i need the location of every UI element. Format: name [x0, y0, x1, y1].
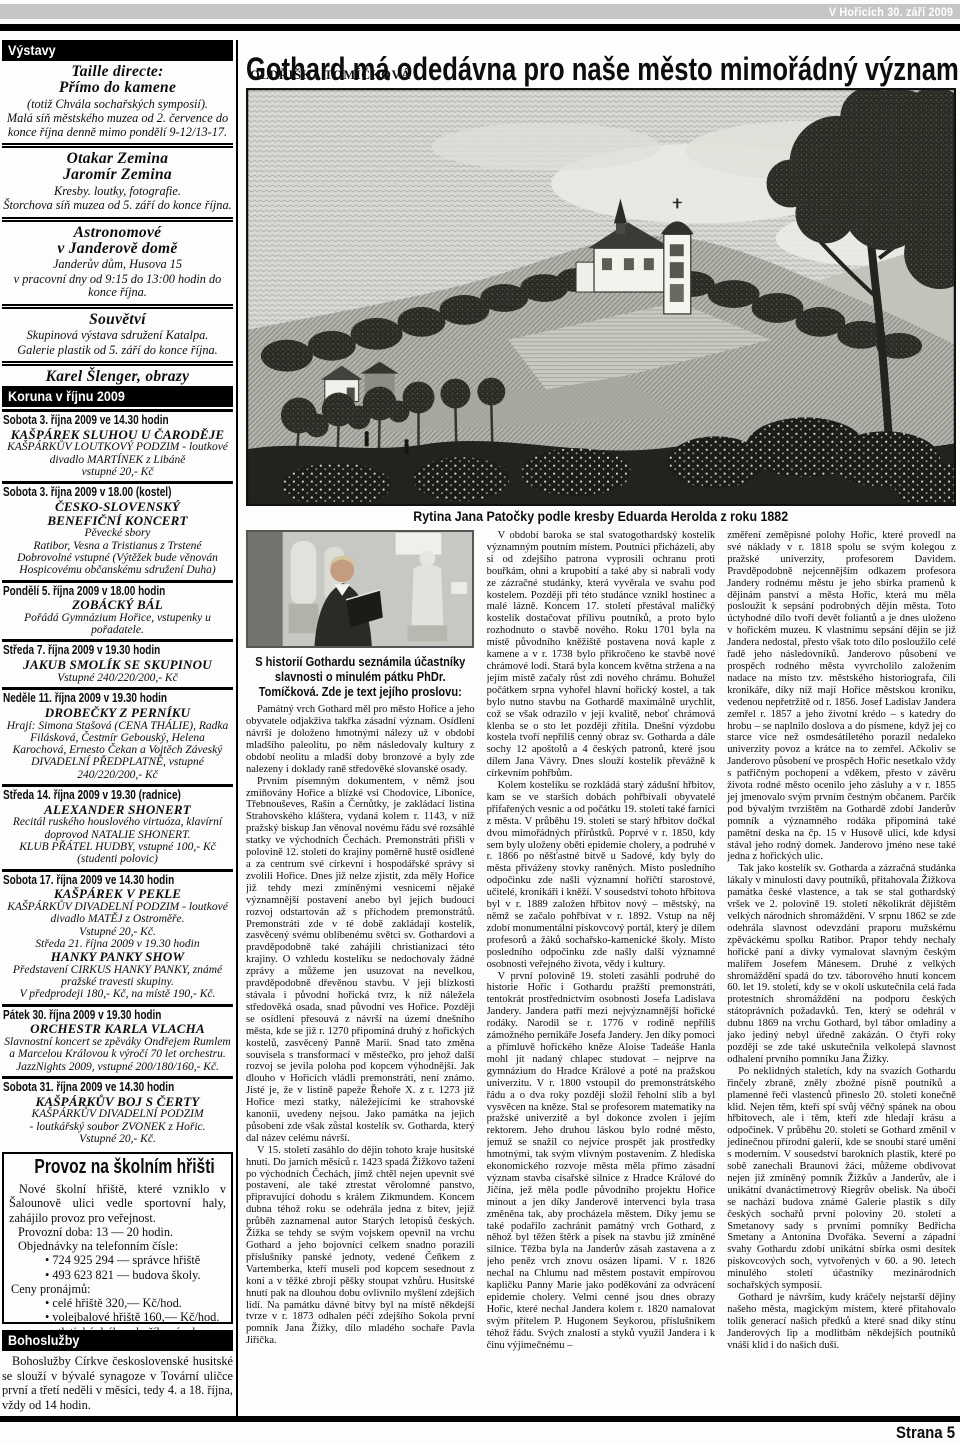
event-detail: Vstupné 20,- Kč.: [2, 926, 233, 938]
body-paragraph: Prvním písemným dokumentem, v němž jsou …: [246, 776, 475, 1145]
event-date: Sobota 17. října 2009 ve 14.30 hodin: [2, 874, 233, 888]
bottom-rule: [0, 1416, 960, 1422]
event-title: BENEFIČNÍ KONCERT: [2, 514, 233, 528]
page-number: Strana 5: [888, 1423, 955, 1443]
top-rule: [0, 24, 960, 31]
event-detail: Recitál ruského houslového virtuóza, kla…: [2, 816, 233, 841]
event-detail: Hrají: Simona Stašová (CENA THÁLIE), Rad…: [2, 720, 233, 757]
speaker-photo: [246, 530, 474, 648]
playground-notice-line: Ceny pronájmů:: [9, 1282, 226, 1296]
event-date: Pondělí 5. října 2009 v 18.00 hodin: [2, 585, 233, 599]
event-detail: KAŠPÁRKŮV DIVADELNÍ PODZIM: [2, 1108, 233, 1120]
playground-notice-line: Provozní doba: 13 — 20 hodin.: [9, 1225, 226, 1239]
event-detail: DIVADELNÍ PŘEDPLATNÉ, vstupné 240/220/20…: [2, 756, 233, 781]
koruna-event: Pondělí 5. října 2009 v 18.00 hodinZOBÁC…: [2, 580, 233, 640]
exhibition-title: Souvětví: [3, 312, 232, 328]
event-detail: Slavnostní koncert se zpěváky Ondřejem R…: [2, 1036, 233, 1061]
koruna-event: Sobota 3. října 2009 v 18.00 (kostel)ČES…: [2, 481, 233, 579]
services-header: Bohoslužby: [2, 1330, 233, 1351]
event-title: KAŠPÁRKŮV BOJ S ČERTY: [2, 1095, 233, 1109]
hill-church-engraving: [247, 89, 955, 505]
article-column-1: S historií Gothardu seznámila účastníky …: [246, 530, 475, 1414]
koruna-events-list: Sobota 3. října 2009 ve 14.30 hodinKAŠPÁ…: [2, 409, 233, 1148]
exhibition-title: Karel Šlenger, obrazy: [3, 369, 232, 385]
exhibition-detail: Malá síň městského muzea od 2. července …: [3, 112, 232, 139]
event-title: KAŠPÁREK V PEKLE: [2, 887, 233, 901]
event-title: KAŠPÁREK SLUHOU U ČARODĚJE: [2, 428, 233, 442]
event-date: Pátek 30. října 2009 v 19.30 hodin: [2, 1009, 233, 1023]
event-date: Sobota 31. října 2009 ve 14.30 hodin: [2, 1081, 233, 1095]
event-title: ALEXANDER SHONERT: [2, 803, 233, 817]
exhibition-item: Taille directe: Přímo do kamene(totiž Ch…: [2, 61, 233, 143]
event-detail: - loutkářský soubor ZVONEK z Hořic.: [2, 1121, 233, 1133]
article-columns: S historií Gothardu seznámila účastníky …: [246, 530, 956, 1414]
event-date: Středa 14. října 2009 v 19.30 (radnice): [2, 789, 233, 803]
column-divider: [236, 40, 238, 1416]
event-title: HANKY PANKY SHOW: [2, 950, 233, 964]
koruna-event: Středa 7. října 2009 v 19.30 hodinJAKUB …: [2, 639, 233, 687]
services-text: Bohoslužby Církve československé husitsk…: [2, 1354, 233, 1412]
event-title: ČESKO-SLOVENSKÝ: [2, 500, 233, 514]
exhibition-title: Taille directe: Přímo do kamene: [3, 64, 232, 97]
exhibitions-header: Výstavy: [2, 40, 233, 61]
exhibition-detail: Kresby. loutky, fotografie.: [3, 185, 232, 199]
article-column-3: změření zeměpisné polohy Hořic, které pr…: [727, 530, 956, 1414]
playground-notice-line: celé hřiště 320,— Kč/hod.: [9, 1296, 226, 1310]
newspaper-page: { "page": { "edition": "V Hořicích 30. z…: [0, 0, 960, 1445]
edition-bar: V Hořicích 30. září 2009: [0, 4, 960, 19]
event-date: Sobota 3. října 2009 v 18.00 (kostel): [2, 486, 233, 500]
exhibition-item: Karel Šlenger, obrazyMěstská galerie Tru…: [2, 361, 233, 386]
event-detail: KAŠPÁRKŮV LOUTKOVÝ PODZIM - loutkové div…: [2, 441, 233, 466]
photo-caption: S historií Gothardu seznámila účastníky …: [246, 654, 474, 699]
event-date: Sobota 3. října 2009 ve 14.30 hodin: [2, 414, 233, 428]
column-2-text: V období baroka se stal svatogothardský …: [487, 530, 716, 1352]
event-title: ZOBÁCKÝ BÁL: [2, 598, 233, 612]
playground-notice-line: volejbalové hřiště 160,— Kč/hod.: [9, 1310, 226, 1324]
exhibition-detail: Galerie plastik od 5. září do konce říjn…: [3, 344, 232, 358]
column-1-text: Památný vrch Gothard měl pro město Hořic…: [246, 704, 475, 1347]
event-title: ORCHESTR KARLA VLACHA: [2, 1022, 233, 1036]
koruna-event: Středa 14. října 2009 v 19.30 (radnice)A…: [2, 784, 233, 869]
body-paragraph: Památný vrch Gothard měl pro město Hořic…: [246, 704, 475, 775]
koruna-header: Koruna v říjnu 2009: [2, 386, 233, 407]
event-detail: Vstupné 240/220/200,- Kč: [2, 672, 233, 684]
exhibition-detail: Skupinová výstava sdružení Katalpa.: [3, 329, 232, 343]
playground-notice-line: 724 925 294 — správce hřiště: [9, 1253, 226, 1267]
exhibition-title: Otakar Zemina Jaromír Zemina: [3, 151, 232, 184]
body-paragraph: Kolem kostelíku se rozkládá starý zádušn…: [487, 780, 716, 971]
article-author: OLDŘIŠKA TOMÍČKOVÁ: [250, 68, 411, 83]
koruna-event: Sobota 3. října 2009 ve 14.30 hodinKAŠPÁ…: [2, 409, 233, 481]
koruna-header-label: Koruna v říjnu 2009: [8, 388, 125, 404]
engraving-caption: Rytina Jana Patočky podle kresby Eduarda…: [246, 509, 956, 524]
body-paragraph: V 15. století zasáhlo do dějin tohoto kr…: [246, 1145, 475, 1347]
koruna-event: Neděle 11. října 2009 v 19.30 hodinDROBE…: [2, 687, 233, 784]
body-paragraph: změření zeměpisné polohy Hořic, které pr…: [727, 530, 956, 863]
event-detail: Pořádá Gymnázium Hořice, vstupenky u poř…: [2, 612, 233, 637]
column-3-text: změření zeměpisné polohy Hořic, které pr…: [727, 530, 956, 1352]
exhibition-detail: v pracovní dny od 9:15 do 13:00 hodin do…: [3, 273, 232, 300]
exhibition-item: Otakar Zemina Jaromír ZeminaKresby. lout…: [2, 143, 233, 217]
article-column-2: V období baroka se stal svatogothardský …: [487, 530, 716, 1414]
services-header-label: Bohoslužby: [8, 1332, 79, 1348]
event-detail: Pěvecké sbory: [2, 527, 233, 539]
exhibition-item: Astronomové v Janderově doměJanderův dům…: [2, 217, 233, 304]
event-detail: JazzNights 2009, vstupné 200/180/160,- K…: [2, 1061, 233, 1073]
exhibitions-section: Výstavy Taille directe: Přímo do kamene(…: [2, 40, 233, 386]
body-paragraph: Gothard je návrším, kudy kráčely nejstar…: [727, 1292, 956, 1352]
exhibitions-header-label: Výstavy: [8, 42, 56, 58]
event-detail: Dobrovolné vstupné (Výtěžek bude věnován…: [2, 552, 233, 577]
exhibition-item: SouvětvíSkupinová výstava sdružení Katal…: [2, 304, 233, 361]
exhibition-detail: Štorchova síň muzea od 5. září do konce …: [3, 199, 232, 213]
koruna-section: Koruna v říjnu 2009 Sobota 3. října 2009…: [2, 386, 233, 1148]
koruna-event: Sobota 17. října 2009 ve 14.30 hodinKAŠP…: [2, 869, 233, 1004]
playground-notice-box: Provoz na školním hřišti Nové školní hři…: [2, 1152, 233, 1324]
exhibition-title: Astronomové v Janderově domě: [3, 225, 232, 258]
engraving-image: [246, 88, 956, 506]
playground-notice-body: Nové školní hřiště, které vzniklo v Šalo…: [9, 1182, 226, 1339]
edition-label: V Hořicích 30. září 2009: [829, 5, 953, 19]
koruna-event: Pátek 30. října 2009 v 19.30 hodinORCHES…: [2, 1004, 233, 1076]
body-paragraph: Po neklidných staletích, kdy na svazích …: [727, 1066, 956, 1292]
event-date: Neděle 11. října 2009 v 19.30 hodin: [2, 692, 233, 706]
body-paragraph: V první polovině 19. století zasáhli pod…: [487, 971, 716, 1352]
playground-notice-line: Objednávky na telefonním čísle:: [9, 1239, 226, 1253]
exhibitions-list: Taille directe: Přímo do kamene(totiž Ch…: [2, 61, 233, 386]
body-paragraph: V období baroka se stal svatogothardský …: [487, 530, 716, 780]
speaker-photo-image: [247, 531, 473, 647]
event-detail: KLUB PŘÁTEL HUDBY, vstupné 100,- Kč (stu…: [2, 841, 233, 866]
event-detail: V předprodeji 180,- Kč, na místě 190,- K…: [2, 988, 233, 1000]
event-date: Středa 7. října 2009 v 19.30 hodin: [2, 644, 233, 658]
body-paragraph: Tak jako kostelík sv. Gotharda a zázračn…: [727, 863, 956, 1065]
event-detail: Ratibor, Vesna a Tristianus z Trstené: [2, 540, 233, 552]
services-section: Bohoslužby Bohoslužby Církve českosloven…: [2, 1330, 233, 1414]
playground-notice-title: Provoz na školním hřišti: [9, 1156, 226, 1179]
exhibition-detail: (totiž Chvála sochařských symposií).: [3, 98, 232, 112]
event-title: DROBEČKY Z PERNÍKU: [2, 706, 233, 720]
playground-notice-line: 493 623 821 — budova školy.: [9, 1268, 226, 1282]
event-detail: vstupné 20,- Kč: [2, 466, 233, 478]
koruna-event: Sobota 31. října 2009 ve 14.30 hodinKAŠP…: [2, 1076, 233, 1148]
event-detail: Představení CIRKUS HANKY PANKY, známé pr…: [2, 964, 233, 989]
event-detail: Vstupné 20,- Kč.: [2, 1133, 233, 1145]
exhibition-detail: Janderův dům, Husova 15: [3, 258, 232, 272]
playground-notice-line: Nové školní hřiště, které vzniklo v Šalo…: [9, 1182, 226, 1225]
event-title: JAKUB SMOLÍK SE SKUPINOU: [2, 658, 233, 672]
event-detail: KAŠPÁRKŮV DIVADELNÍ PODZIM - loutkové di…: [2, 901, 233, 926]
